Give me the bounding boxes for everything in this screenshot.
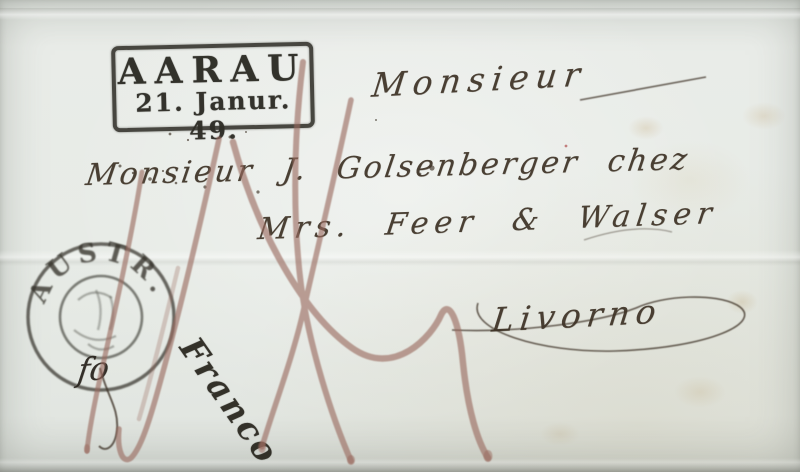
crayon-stroke: [295, 62, 351, 461]
crayon-stroke: [87, 172, 142, 451]
red-crayon-rate-marking: [87, 62, 488, 461]
letter-cover-scan: AUSTR. AARAU 21. Janur. 49. Monsieur Mon…: [0, 0, 800, 472]
red-crayon-layer: [0, 0, 800, 472]
crayon-stroke: [262, 100, 351, 447]
crayon-pressure-blobs: [84, 441, 493, 465]
